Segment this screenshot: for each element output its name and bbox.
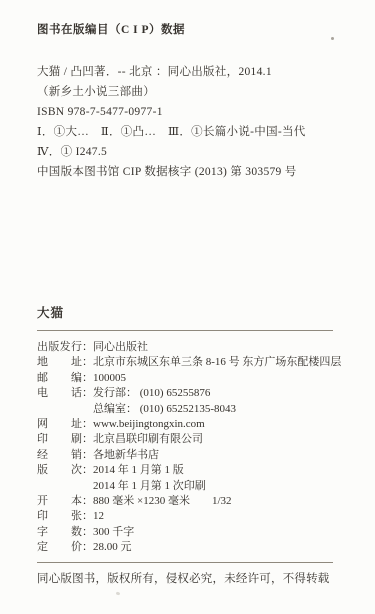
row-value: 300 千字 bbox=[93, 526, 134, 538]
row-price: 定价：28.00 元 bbox=[37, 540, 355, 555]
footer-divider bbox=[37, 562, 333, 563]
row-value: 2014 年 1 月第 1 次印刷 bbox=[93, 480, 206, 492]
cip-line-isbn: ISBN 978-7-5477-0977-1 bbox=[37, 102, 355, 122]
row-distributor: 经销：各地新华书店 bbox=[37, 448, 355, 463]
row-value: 12 bbox=[93, 510, 104, 522]
row-label: 印张 bbox=[37, 509, 82, 524]
row-printer: 印刷：北京昌联印刷有限公司 bbox=[37, 432, 355, 447]
row-label: 地址 bbox=[37, 355, 82, 370]
cip-line-classification: Ⅰ．①大… Ⅱ．①凸… Ⅲ．①长篇小说-中国-当代 bbox=[37, 122, 355, 142]
row-colon: ： bbox=[82, 526, 93, 538]
row-value: 同心出版社 bbox=[93, 341, 148, 353]
row-label: 网址 bbox=[37, 417, 82, 432]
row-label: 版次 bbox=[37, 463, 82, 478]
cip-block: 大猫 / 凸凹著．-- 北京 ：同心出版社，2014.1 （新乡土小说三部曲） … bbox=[37, 62, 355, 182]
copyright-notice: 同心版图书，版权所有，侵权必究，未经许可，不得转载 bbox=[37, 572, 355, 587]
row-format: 开本：880 毫米 ×1230 毫米 1/32 bbox=[37, 494, 355, 509]
title-divider bbox=[37, 330, 333, 331]
row-value: 总编室： (010) 65252135-8043 bbox=[93, 403, 236, 415]
row-label: 经销 bbox=[37, 448, 82, 463]
scan-speck bbox=[331, 37, 334, 40]
cip-line-record-number: 中国版本图书馆 CIP 数据核字 (2013) 第 303579 号 bbox=[37, 162, 355, 182]
row-colon: ： bbox=[82, 464, 93, 476]
cip-line-title-statement: 大猫 / 凸凹著．-- 北京 ：同心出版社，2014.1 bbox=[37, 62, 355, 82]
row-sheets: 印张：12 bbox=[37, 509, 355, 524]
book-title: 大猫 bbox=[37, 306, 355, 321]
row-address: 地址：北京市东城区东单三条 8-16 号 东方广场东配楼四层 bbox=[37, 355, 355, 370]
row-value: 2014 年 1 月第 1 版 bbox=[93, 464, 184, 476]
row-value: 100005 bbox=[93, 372, 126, 384]
row-phone-editorial: ：总编室： (010) 65252135-8043 bbox=[37, 402, 355, 417]
cip-line-class-number: Ⅳ．① I247.5 bbox=[37, 142, 355, 162]
row-label: 电话 bbox=[37, 386, 82, 401]
row-value: 各地新华书店 bbox=[93, 449, 159, 461]
row-value: www.beijingtongxin.com bbox=[93, 418, 205, 430]
row-value: 28.00 元 bbox=[93, 541, 132, 553]
row-label: 开本 bbox=[37, 494, 82, 509]
row-colon: ： bbox=[82, 449, 93, 461]
row-website: 网址：www.beijingtongxin.com bbox=[37, 417, 355, 432]
colophon-rows: 出版发行：同心出版社 地址：北京市东城区东单三条 8-16 号 东方广场东配楼四… bbox=[37, 340, 355, 556]
cip-line-series: （新乡土小说三部曲） bbox=[37, 82, 355, 102]
row-colon: ： bbox=[82, 387, 93, 399]
row-label: 印刷 bbox=[37, 432, 82, 447]
copyright-page: 图书在版编目（C I P）数据 大猫 / 凸凹著．-- 北京 ：同心出版社，20… bbox=[0, 0, 375, 614]
row-postcode: 邮编：100005 bbox=[37, 371, 355, 386]
row-colon: ： bbox=[82, 341, 93, 353]
row-value: 北京市东城区东单三条 8-16 号 东方广场东配楼四层 bbox=[93, 356, 341, 368]
row-colon: ： bbox=[82, 541, 93, 553]
row-label: 出版发行 bbox=[37, 340, 82, 355]
row-label: 字数 bbox=[37, 525, 82, 540]
row-printing: ：2014 年 1 月第 1 次印刷 bbox=[37, 479, 355, 494]
row-colon: ： bbox=[82, 510, 93, 522]
row-value: 北京昌联印刷有限公司 bbox=[93, 433, 203, 445]
row-word-count: 字数：300 千字 bbox=[37, 525, 355, 540]
row-colon: ： bbox=[82, 372, 93, 384]
row-colon: ： bbox=[82, 418, 93, 430]
row-colon: ： bbox=[82, 495, 93, 507]
row-publisher: 出版发行：同心出版社 bbox=[37, 340, 355, 355]
scan-speck bbox=[116, 591, 121, 595]
row-edition: 版次：2014 年 1 月第 1 版 bbox=[37, 463, 355, 478]
row-colon: ： bbox=[82, 433, 93, 445]
row-value: 880 毫米 ×1230 毫米 1/32 bbox=[93, 495, 232, 507]
row-colon: ： bbox=[82, 356, 93, 368]
cip-header: 图书在版编目（C I P）数据 bbox=[37, 23, 355, 38]
row-label: 定价 bbox=[37, 540, 82, 555]
row-value: 发行部： (010) 65255876 bbox=[93, 387, 210, 399]
row-label: 邮编 bbox=[37, 371, 82, 386]
row-phone-distribution: 电话：发行部： (010) 65255876 bbox=[37, 386, 355, 401]
